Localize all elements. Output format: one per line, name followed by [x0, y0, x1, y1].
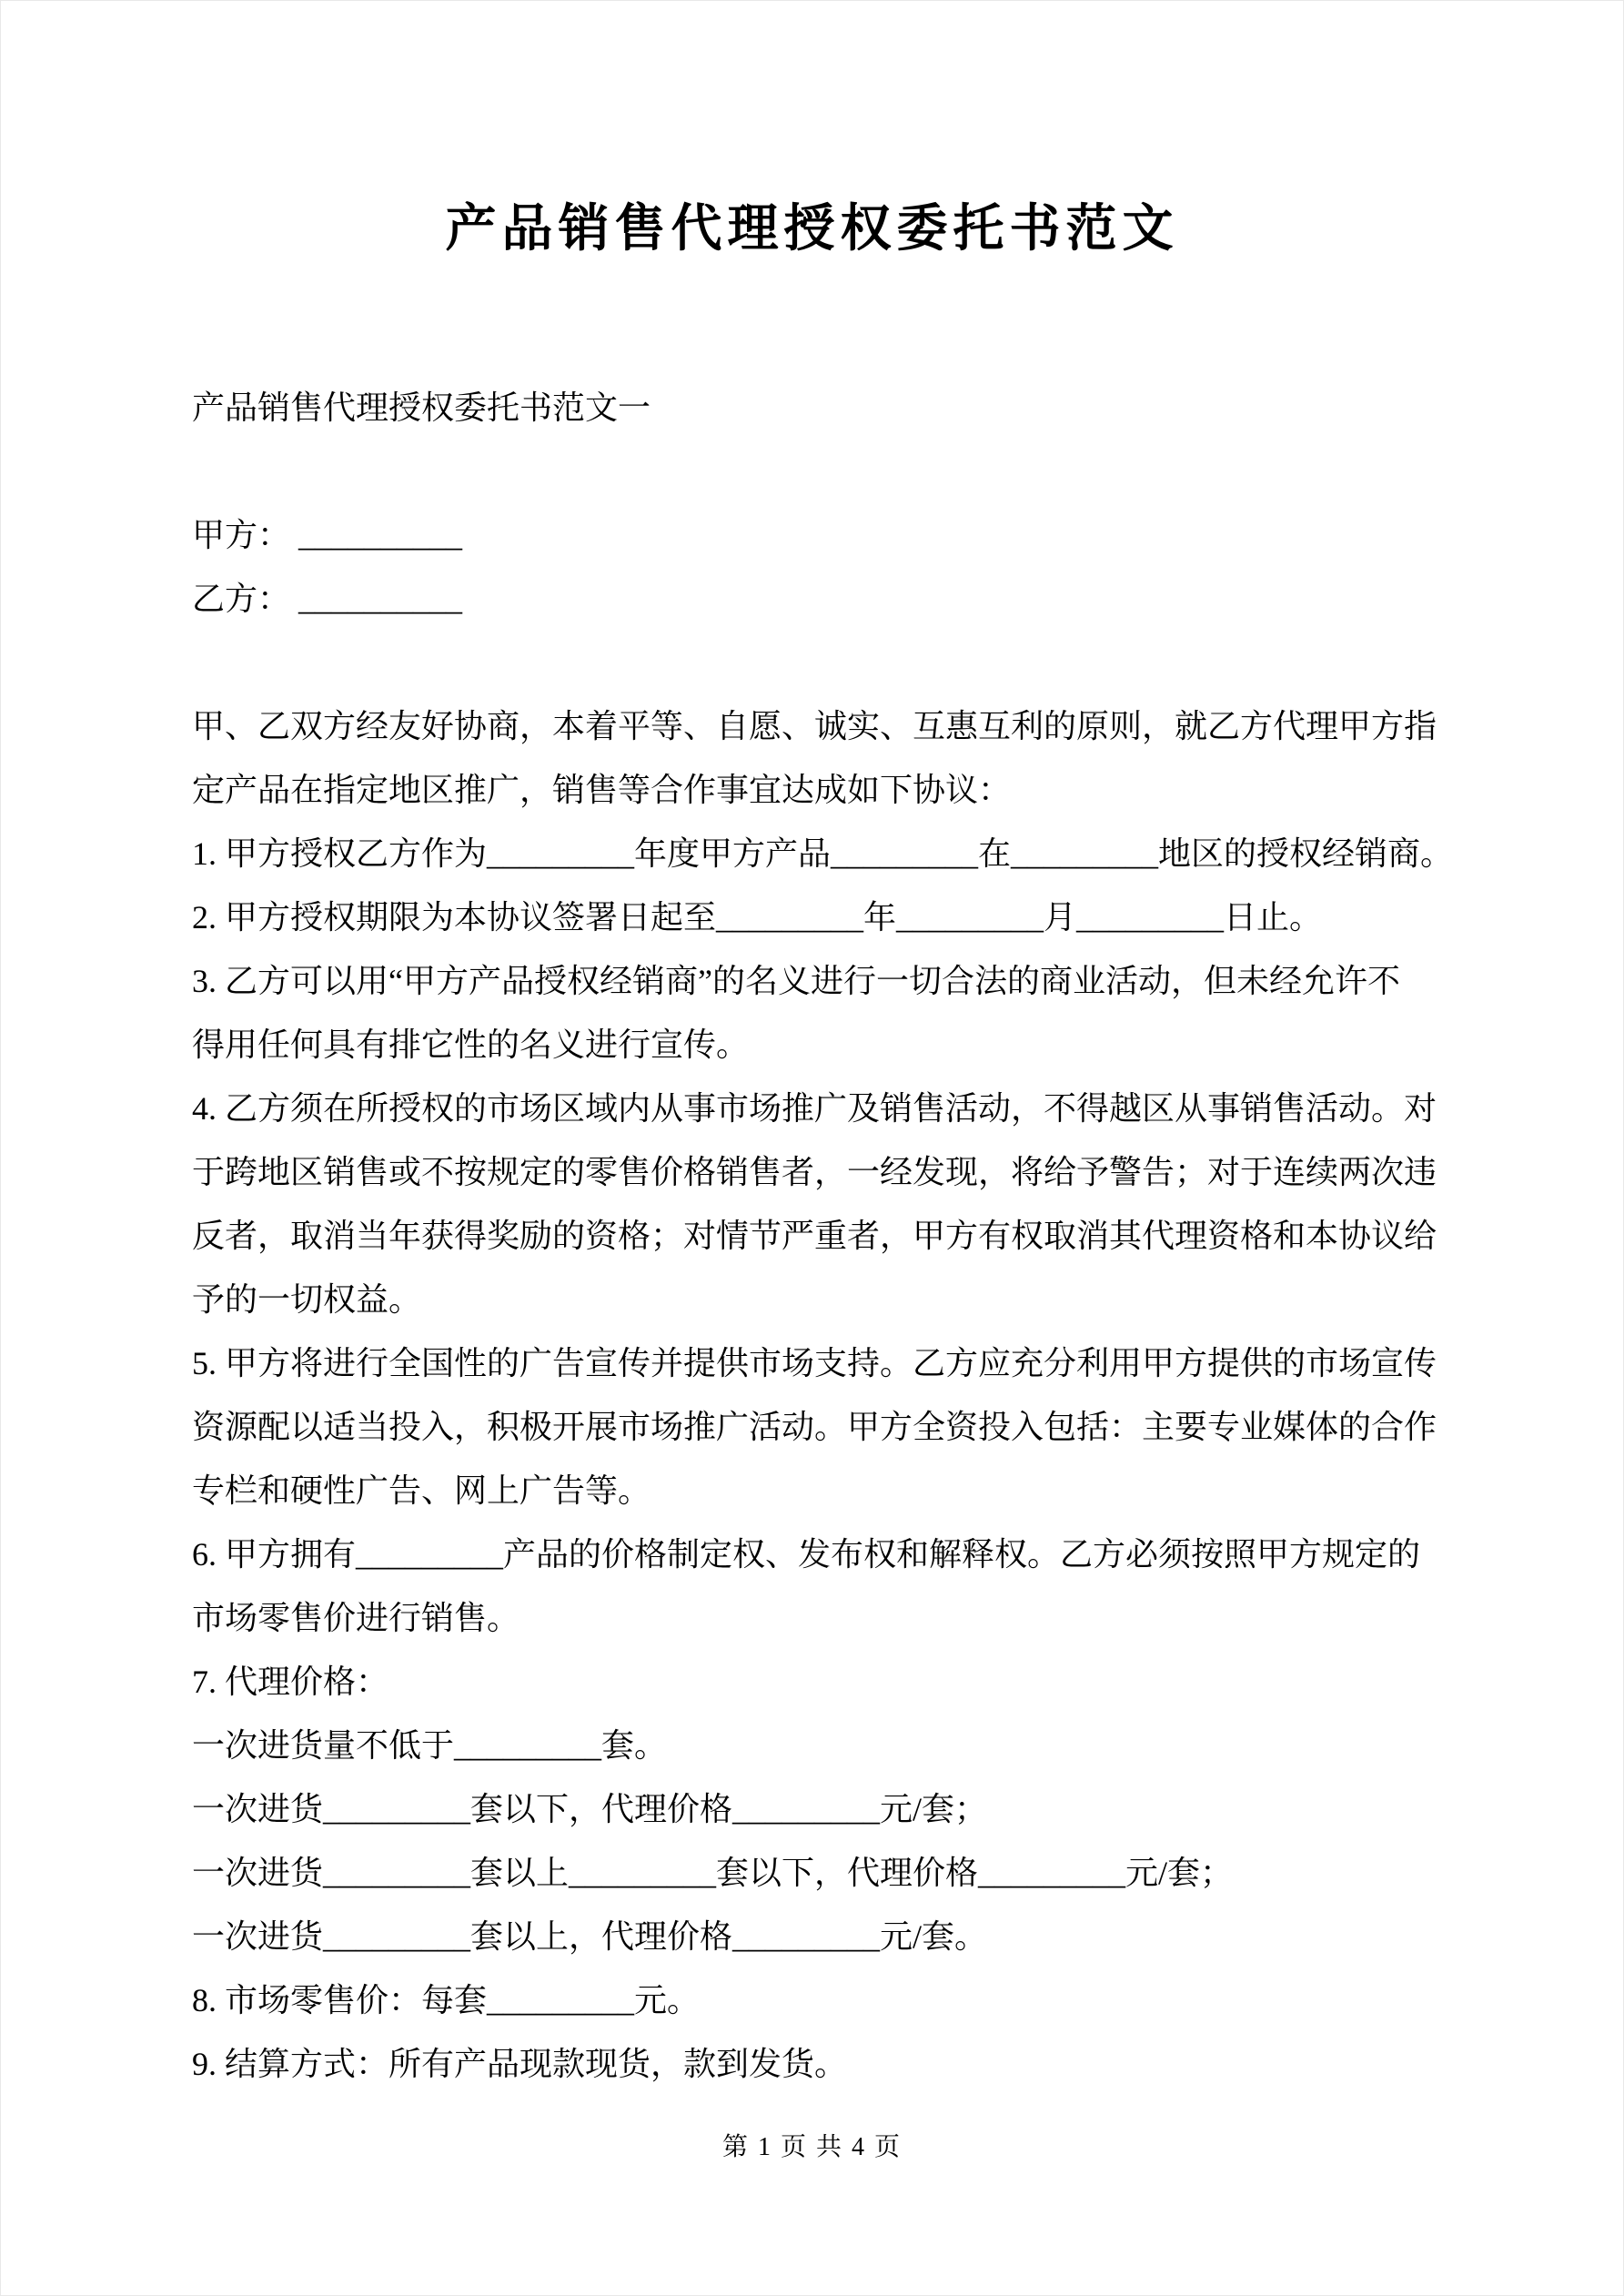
body-line: 一次进货量不低于_________套。 — [192, 1714, 1446, 1777]
document-subtitle: 产品销售代理授权委托书范文一 — [192, 376, 1446, 440]
body-line: 3. 乙方可以用“甲方产品授权经销商”的名义进行一切合法的商业活动，但未经允许不 — [192, 949, 1446, 1013]
blank-line — [192, 631, 1446, 694]
body-line: 予的一切权益。 — [192, 1268, 1446, 1331]
body-line: 4. 乙方须在所授权的市场区域内从事市场推广及销售活动，不得越区从事销售活动。对 — [192, 1077, 1446, 1140]
body-line: 9. 结算方式：所有产品现款现货，款到发货。 — [192, 2032, 1446, 2096]
body-line: 6. 甲方拥有_________产品的价格制定权、发布权和解释权。乙方必须按照甲… — [192, 1522, 1446, 1586]
body-line: 反者，取消当年获得奖励的资格；对情节严重者，甲方有权取消其代理资格和本协议给 — [192, 1204, 1446, 1268]
body-line: 于跨地区销售或不按规定的零售价格销售者，一经发现，将给予警告；对于连续两次违 — [192, 1140, 1446, 1204]
body-line: 7. 代理价格： — [192, 1650, 1446, 1714]
body-line: 资源配以适当投入，积极开展市场推广活动。甲方全资投入包括：主要专业媒体的合作 — [192, 1395, 1446, 1459]
body-line: 市场零售价进行销售。 — [192, 1586, 1446, 1650]
document-body: 产品销售代理授权委托书范文一 甲方： __________ 乙方： ______… — [192, 376, 1446, 2096]
body-line: 一次进货_________套以上_________套以下，代理价格_______… — [192, 1841, 1446, 1905]
body-line: 得用任何具有排它性的名义进行宣传。 — [192, 1013, 1446, 1077]
body-line: 8. 市场零售价：每套_________元。 — [192, 1968, 1446, 2032]
party-a-line: 甲方： __________ — [192, 503, 1446, 567]
document-title: 产品销售代理授权委托书范文 — [1, 1, 1623, 259]
body-line: 一次进货_________套以下，代理价格_________元/套； — [192, 1777, 1446, 1841]
blank-line — [192, 440, 1446, 503]
body-line: 2. 甲方授权期限为本协议签署日起至_________年_________月__… — [192, 885, 1446, 949]
body-line: 一次进货_________套以上，代理价格_________元/套。 — [192, 1905, 1446, 1968]
document-page: 产品销售代理授权委托书范文 产品销售代理授权委托书范文一 甲方： _______… — [0, 0, 1624, 2296]
body-line: 甲、乙双方经友好协商，本着平等、自愿、诚实、互惠互利的原则，就乙方代理甲方指 — [192, 694, 1446, 758]
body-line: 定产品在指定地区推广，销售等合作事宜达成如下协议： — [192, 758, 1446, 822]
body-line: 专栏和硬性广告、网上广告等。 — [192, 1459, 1446, 1522]
body-line: 1. 甲方授权乙方作为_________年度甲方产品_________在____… — [192, 822, 1446, 885]
page-footer: 第 1 页 共 4 页 — [1, 2127, 1623, 2163]
body-line: 5. 甲方将进行全国性的广告宣传并提供市场支持。乙方应充分利用甲方提供的市场宣传 — [192, 1331, 1446, 1395]
party-b-line: 乙方： __________ — [192, 567, 1446, 631]
